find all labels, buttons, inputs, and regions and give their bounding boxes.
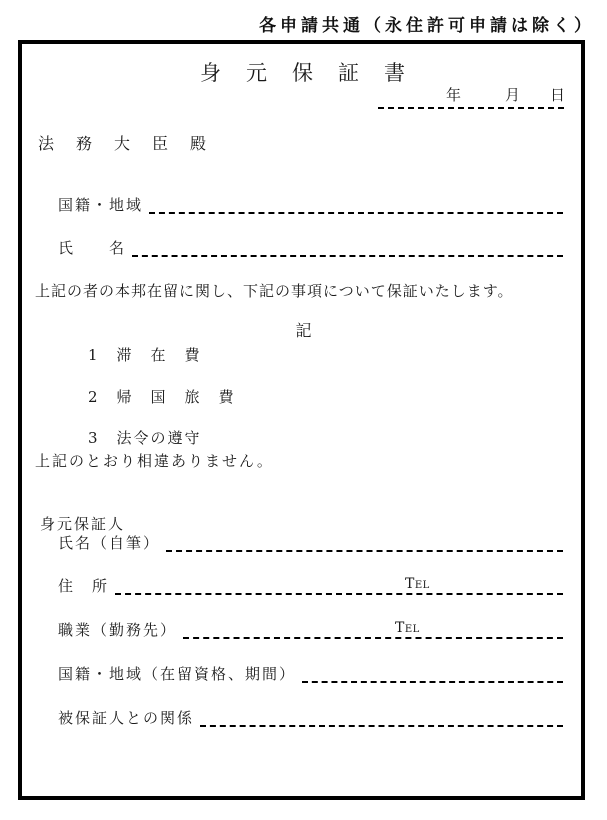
date-month-label: 月: [505, 84, 520, 105]
guarantee-form-page: 各申請共通（永住許可申請は除く） 身 元 保 証 書 年 月 日 法 務 大 臣…: [0, 0, 607, 820]
closing-statement: 上記のとおり相違ありません。: [35, 450, 274, 471]
guarantor-name-label: 氏名（自筆）: [58, 532, 160, 553]
guarantor-nationality-fill-line: [302, 662, 563, 683]
subject-name-fill-line: [132, 236, 563, 257]
form-category-note: 各申請共通（永住許可申請は除く）: [259, 11, 595, 36]
guarantor-relation-label: 被保証人との関係: [58, 707, 194, 728]
guarantor-address-tel-label: Tel: [405, 576, 430, 592]
guarantor-name-row: 氏名（自筆）: [58, 531, 563, 552]
list-item-return-travel-expenses: 2 帰 国 旅 費: [88, 386, 236, 407]
list-heading-ki: 記: [0, 318, 607, 341]
guarantor-occupation-tel-label: Tel: [395, 620, 420, 636]
date-fill-line: 年 月 日: [378, 88, 564, 109]
date-day-label: 日: [550, 84, 565, 105]
guarantor-occupation-fill-line: Tel: [183, 618, 563, 639]
subject-name-row: 氏 名: [58, 236, 563, 257]
list-item-living-expenses: 1 滞 在 費: [88, 344, 202, 365]
subject-nationality-row: 国籍・地域: [58, 193, 563, 214]
guarantor-name-fill-line: [166, 531, 563, 552]
list-item-law-compliance: 3 法令の遵守: [88, 427, 202, 448]
guarantor-relation-row: 被保証人との関係: [58, 706, 563, 727]
date-year-label: 年: [446, 84, 461, 105]
subject-name-label: 氏 名: [58, 237, 126, 258]
guarantor-address-fill-line: Tel: [115, 574, 563, 595]
guarantor-relation-fill-line: [200, 706, 563, 727]
guarantor-address-row: 住 所 Tel: [58, 574, 563, 595]
subject-nationality-fill-line: [149, 193, 563, 214]
guarantor-address-label: 住 所: [58, 575, 109, 596]
subject-nationality-label: 国籍・地域: [58, 194, 143, 215]
guarantor-nationality-row: 国籍・地域（在留資格、期間）: [58, 662, 563, 683]
guarantor-nationality-label: 国籍・地域（在留資格、期間）: [58, 663, 296, 684]
addressee-minister-of-justice: 法 務 大 臣 殿: [38, 131, 209, 154]
guarantor-occupation-label: 職業（勤務先）: [58, 619, 177, 640]
form-title: 身 元 保 証 書: [0, 57, 607, 87]
form-border-frame: [18, 40, 585, 800]
guarantor-occupation-row: 職業（勤務先） Tel: [58, 618, 563, 639]
guarantee-statement: 上記の者の本邦在留に関し、下記の事項について保証いたします。: [35, 280, 514, 301]
